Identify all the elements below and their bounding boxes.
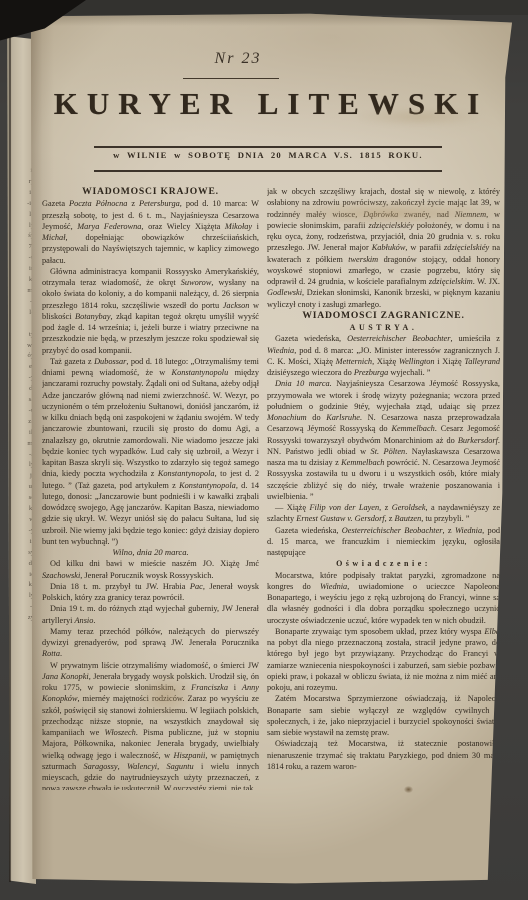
section-heading: WIADOMOSCI KRAJOWE.: [42, 186, 259, 197]
paragraph: Gazeta wiedeńska, Oesterreichischer Beob…: [267, 525, 500, 559]
paragraph: Główna administracya kompanii Rossyysko …: [42, 266, 259, 356]
paragraph: Bonaparte zrywaiąc tym sposobem układ, p…: [267, 626, 500, 694]
dateline-rule-top: [94, 146, 442, 148]
edge-text-fragments: il ry ia -ić le ly śy 7- -u in ki m. -i …: [14, 166, 34, 624]
paragraph: Gazeta wiedeńska, Oesterreichischer Beob…: [267, 333, 500, 378]
paragraph: Od kilku dni bawi w mieście naszém JO. X…: [42, 558, 259, 581]
section-heading: Oświadczenie:: [267, 558, 500, 569]
newspaper-title: KURYER LITEWSKI: [28, 86, 514, 122]
paragraph: Dnia 10 marca. Nayjaśnieysza Cesarzowa J…: [267, 378, 500, 502]
paragraph: Dnia 18 t. m. przybył tu JW. Hrabia Pac,…: [42, 581, 259, 604]
paragraph: Mamy teraz przechód półków, należących d…: [42, 626, 259, 660]
paragraph: W prywatnym liście otrzymaliśmy wiadomoś…: [42, 660, 259, 791]
paragraph: Gazeta Poczta Północna z Petersburga, po…: [42, 198, 259, 266]
paragraph: Oświadczają też Mocarstwa, iż statecznie…: [267, 738, 500, 772]
dateline-rule-bottom: [94, 170, 442, 172]
paragraph: Mocarstwa, które podpisały traktat paryz…: [267, 570, 500, 626]
paragraph: Dnia 19 t. m. do różnych ztąd wyjechał g…: [42, 603, 259, 626]
left-column: WIADOMOSCI KRAJOWE.Gazeta Poczta Północn…: [42, 186, 259, 790]
paragraph: jak w obcych szczęśliwy krajach, dostał …: [267, 186, 500, 310]
paragraph: Taż gazeta z Dubossar, pod d. 18 lutego:…: [42, 356, 259, 547]
section-heading: AUSTRYA.: [267, 322, 500, 333]
issue-number: Nr 23: [158, 50, 318, 68]
newspaper-page: Nr 23 KURYER LITEWSKI w WILNIE w SOBOTĘ …: [28, 12, 514, 886]
section-heading: WIADOMOSCI ZAGRANICZNE.: [267, 310, 500, 321]
paragraph: Zatém Mocarstwa Sprzymierzone oświadczaj…: [267, 693, 500, 738]
issue-number-rule: [183, 78, 279, 79]
section-heading: Wilno, dnia 20 marca.: [42, 547, 259, 558]
dateline: w WILNIE w SOBOTĘ DNIA 20 MARCA V.S. 181…: [94, 150, 442, 160]
right-column: jak w obcych szczęśliwy krajach, dostał …: [267, 186, 500, 790]
binding-gutter-line: [9, 36, 11, 882]
paragraph: — Xiążę Filip von der Layen, z Geroldsek…: [267, 502, 500, 525]
